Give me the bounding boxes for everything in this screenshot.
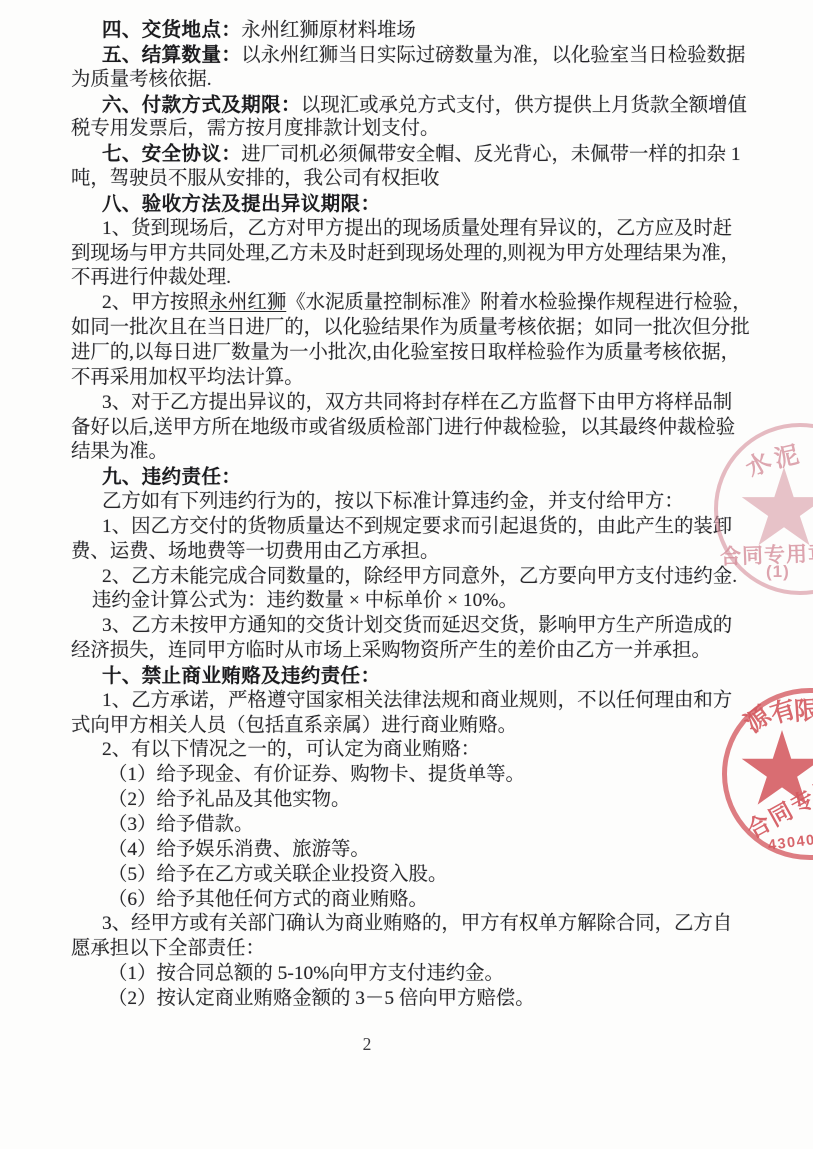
text-run: （2）按认定商业贿赂金额的 3－5 倍向甲方赔偿。	[108, 988, 535, 1009]
scanned-contract-page: { "page": { "number": "2" }, "document":…	[0, 0, 813, 1149]
text-run: 1、货到现场后，乙方对甲方提出的现场质量处理有异议的，乙方应及时赶	[102, 218, 732, 239]
text-line: 备好以后,送甲方所在地级市或省级质检部门进行仲裁检验，以其最终仲裁检验	[71, 416, 761, 441]
document-page: 四、交货地点：永州红狮原材料堆场五、结算数量：以永州红狮当日实际过磅数量为准，以…	[0, 0, 813, 1149]
text-line: 经济损失，连同甲方临时从市场上采购物资所产生的差价由乙方一并承担。	[71, 639, 761, 664]
text-line: 为质量考核依据.	[71, 68, 761, 93]
text-line: 违约金计算公式为：违约数量 × 中标单价 × 10%。	[71, 589, 761, 614]
text-line: 式向甲方相关人员（包括直系亲属）进行商业贿赂。	[71, 714, 761, 739]
text-line: 3、对于乙方提出异议的，双方共同将封存样在乙方监督下由甲方将样品制	[71, 391, 761, 416]
text-line: 六、付款方式及期限：以现汇或承兑方式支付，供方提供上月货款全额增值	[71, 93, 761, 118]
text-line: 吨，驾驶员不服从安排的，我公司有权拒收	[71, 167, 761, 192]
seal-number-text: (1)	[766, 562, 790, 582]
text-run: （5）给予在乙方或关联企业投资入股。	[108, 864, 447, 885]
text-run: 3、对于乙方提出异议的，双方共同将封存样在乙方监督下由甲方将样品制	[102, 392, 732, 413]
text-line: （6）给予其他任何方式的商业贿赂。	[71, 888, 761, 913]
text-run: 1、乙方承诺，严格遵守国家相关法律法规和商业规则，不以任何理由和方	[102, 690, 732, 711]
text-line: （2）给予礼品及其他实物。	[71, 788, 761, 813]
text-line: 不再采用加权平均法计算。	[71, 366, 761, 391]
section-heading: 九、违约责任：	[102, 466, 241, 488]
text-line: 1、乙方承诺，严格遵守国家相关法律法规和商业规则，不以任何理由和方	[71, 689, 761, 714]
text-run: 进厂司机必须佩带安全帽、反光背心，未佩带一样的扣杂 1	[241, 144, 740, 165]
text-run: 3、乙方未按甲方通知的交货计划交货而延迟交货，影响甲方生产所造成的	[102, 615, 732, 636]
text-run: 如同一批次且在当日进厂的，以化验结果作为质量考核依据；如同一批次但分批	[71, 317, 750, 338]
text-line: （2）按认定商业贿赂金额的 3－5 倍向甲方赔偿。	[71, 987, 761, 1012]
text-line: 八、验收方法及提出异议期限：	[71, 192, 761, 217]
section-heading: 十、禁止商业贿赂及违约责任：	[102, 665, 380, 687]
text-line: 1、货到现场后，乙方对甲方提出的现场质量处理有异议的，乙方应及时赶	[71, 217, 761, 242]
text-line: （4）给予娱乐消费、旅游等。	[71, 838, 761, 863]
seal-arc-char: 泥	[770, 435, 801, 475]
seal-arc-char: 有	[765, 689, 799, 731]
text-line: 费、运费、场地费等一切费用由乙方承担。	[71, 540, 761, 565]
text-run: 结果为准。	[71, 441, 168, 462]
text-run: 税专用发票后，需方按月度排款计划支付。	[71, 118, 439, 139]
text-line: （5）给予在乙方或关联企业投资入股。	[71, 863, 761, 888]
contract-body: 四、交货地点：永州红狮原材料堆场五、结算数量：以永州红狮当日实际过磅数量为准，以…	[71, 18, 761, 1012]
text-line: （1）给予现金、有价证券、购物卡、提货单等。	[71, 763, 761, 788]
text-run: 费、运费、场地费等一切费用由乙方承担。	[71, 541, 439, 562]
text-run: 不再采用加权平均法计算。	[71, 367, 304, 388]
text-run: 以现汇或承兑方式支付，供方提供上月货款全额增值	[301, 95, 747, 116]
text-run: 永州红狮原材料堆场	[241, 20, 416, 41]
text-line: 不再进行仲裁处理.	[71, 266, 761, 291]
text-run: 不再进行仲裁处理.	[71, 267, 231, 288]
text-run: 2、乙方未能完成合同数量的，除经甲方同意外，乙方要向甲方支付违约金.	[102, 566, 737, 587]
text-line: 九、违约责任：	[71, 465, 761, 490]
page-number: 2	[347, 1034, 387, 1055]
text-run: 进厂的,以每日进厂数量为一小批次,由化验室按日取样检验作为质量考核依据，	[71, 342, 740, 363]
text-run: 乙方如有下列违约行为的，按以下标准计算违约金，并支付给甲方：	[102, 491, 684, 512]
text-line: 如同一批次且在当日进厂的，以化验结果作为质量考核依据；如同一批次但分批	[71, 316, 761, 341]
text-line: 到现场与甲方共同处理,乙方未及时赶到现场处理的,则视为甲方处理结果为准，	[71, 242, 761, 267]
text-run: 吨，驾驶员不服从安排的，我公司有权拒收	[71, 168, 439, 189]
text-run: 备好以后,送甲方所在地级市或省级质检部门进行仲裁检验，以其最终仲裁检验	[71, 417, 735, 438]
text-line: 愿承担以下全部责任：	[71, 937, 761, 962]
text-run: 2、甲方按照	[102, 292, 209, 313]
text-line: （3）给予借款。	[71, 813, 761, 838]
text-run: 永州红狮	[209, 292, 287, 313]
text-run: 违约金计算公式为：违约数量 × 中标单价 × 10%。	[92, 590, 518, 611]
text-line: 结果为准。	[71, 440, 761, 465]
text-run: （2）给予礼品及其他实物。	[108, 789, 350, 810]
section-heading: 五、结算数量：	[102, 44, 241, 66]
text-run: 2、有以下情况之一的，可认定为商业贿赂：	[102, 739, 480, 760]
text-line: 进厂的,以每日进厂数量为一小批次,由化验室按日取样检验作为质量考核依据，	[71, 341, 761, 366]
text-line: 2、有以下情况之一的，可认定为商业贿赂：	[71, 738, 761, 763]
text-run: （1）按合同总额的 5-10%向甲方支付违约金。	[108, 963, 504, 984]
text-line: （1）按合同总额的 5-10%向甲方支付违约金。	[71, 962, 761, 987]
text-line: 七、安全协议：进厂司机必须佩带安全帽、反光背心，未佩带一样的扣杂 1	[71, 142, 761, 167]
text-run: 以永州红狮当日实际过磅数量为准，以化验室当日检验数据	[241, 45, 745, 66]
section-heading: 四、交货地点：	[102, 19, 241, 41]
text-run: 为质量考核依据.	[71, 69, 212, 90]
text-run: 式向甲方相关人员（包括直系亲属）进行商业贿赂。	[71, 715, 517, 736]
text-line: 3、乙方未按甲方通知的交货计划交货而延迟交货，影响甲方生产所造成的	[71, 614, 761, 639]
section-heading: 八、验收方法及提出异议期限：	[102, 193, 380, 215]
seal-code-digits: 43040	[767, 832, 813, 854]
text-line: 1、因乙方交付的货物质量达不到规定要求而引起退货的，由此产生的装卸	[71, 515, 761, 540]
text-run: 到现场与甲方共同处理,乙方未及时赶到现场处理的,则视为甲方处理结果为准，	[71, 243, 740, 264]
text-line: 五、结算数量：以永州红狮当日实际过磅数量为准，以化验室当日检验数据	[71, 43, 761, 68]
text-run: 经济损失，连同甲方临时从市场上采购物资所产生的差价由乙方一并承担。	[71, 640, 711, 661]
text-run: （6）给予其他任何方式的商业贿赂。	[108, 889, 428, 910]
text-line: 税专用发票后，需方按月度排款计划支付。	[71, 117, 761, 142]
text-run: 愿承担以下全部责任：	[71, 938, 265, 959]
text-run: 3、经甲方或有关部门确认为商业贿赂的，甲方有权单方解除合同，乙方自	[102, 913, 732, 934]
text-line: 乙方如有下列违约行为的，按以下标准计算违约金，并支付给甲方：	[71, 490, 761, 515]
text-line: 2、乙方未能完成合同数量的，除经甲方同意外，乙方要向甲方支付违约金.	[71, 565, 761, 590]
text-line: 四、交货地点：永州红狮原材料堆场	[71, 18, 761, 43]
section-heading: 七、安全协议：	[102, 143, 241, 165]
text-run: （3）给予借款。	[108, 814, 253, 835]
text-run: （1）给予现金、有价证券、购物卡、提货单等。	[108, 764, 525, 785]
text-run: （4）给予娱乐消费、旅游等。	[108, 839, 370, 860]
text-line: 十、禁止商业贿赂及违约责任：	[71, 664, 761, 689]
text-run: 《水泥质量控制标准》附着水检验操作规程进行检验，	[286, 292, 751, 313]
section-heading: 六、付款方式及期限：	[102, 94, 301, 116]
text-line: 2、甲方按照永州红狮《水泥质量控制标准》附着水检验操作规程进行检验，	[71, 291, 761, 316]
text-line: 3、经甲方或有关部门确认为商业贿赂的，甲方有权单方解除合同，乙方自	[71, 912, 761, 937]
seal-arc-char: 限	[793, 690, 813, 728]
text-run: 1、因乙方交付的货物质量达不到规定要求而引起退货的，由此产生的装卸	[102, 516, 732, 537]
